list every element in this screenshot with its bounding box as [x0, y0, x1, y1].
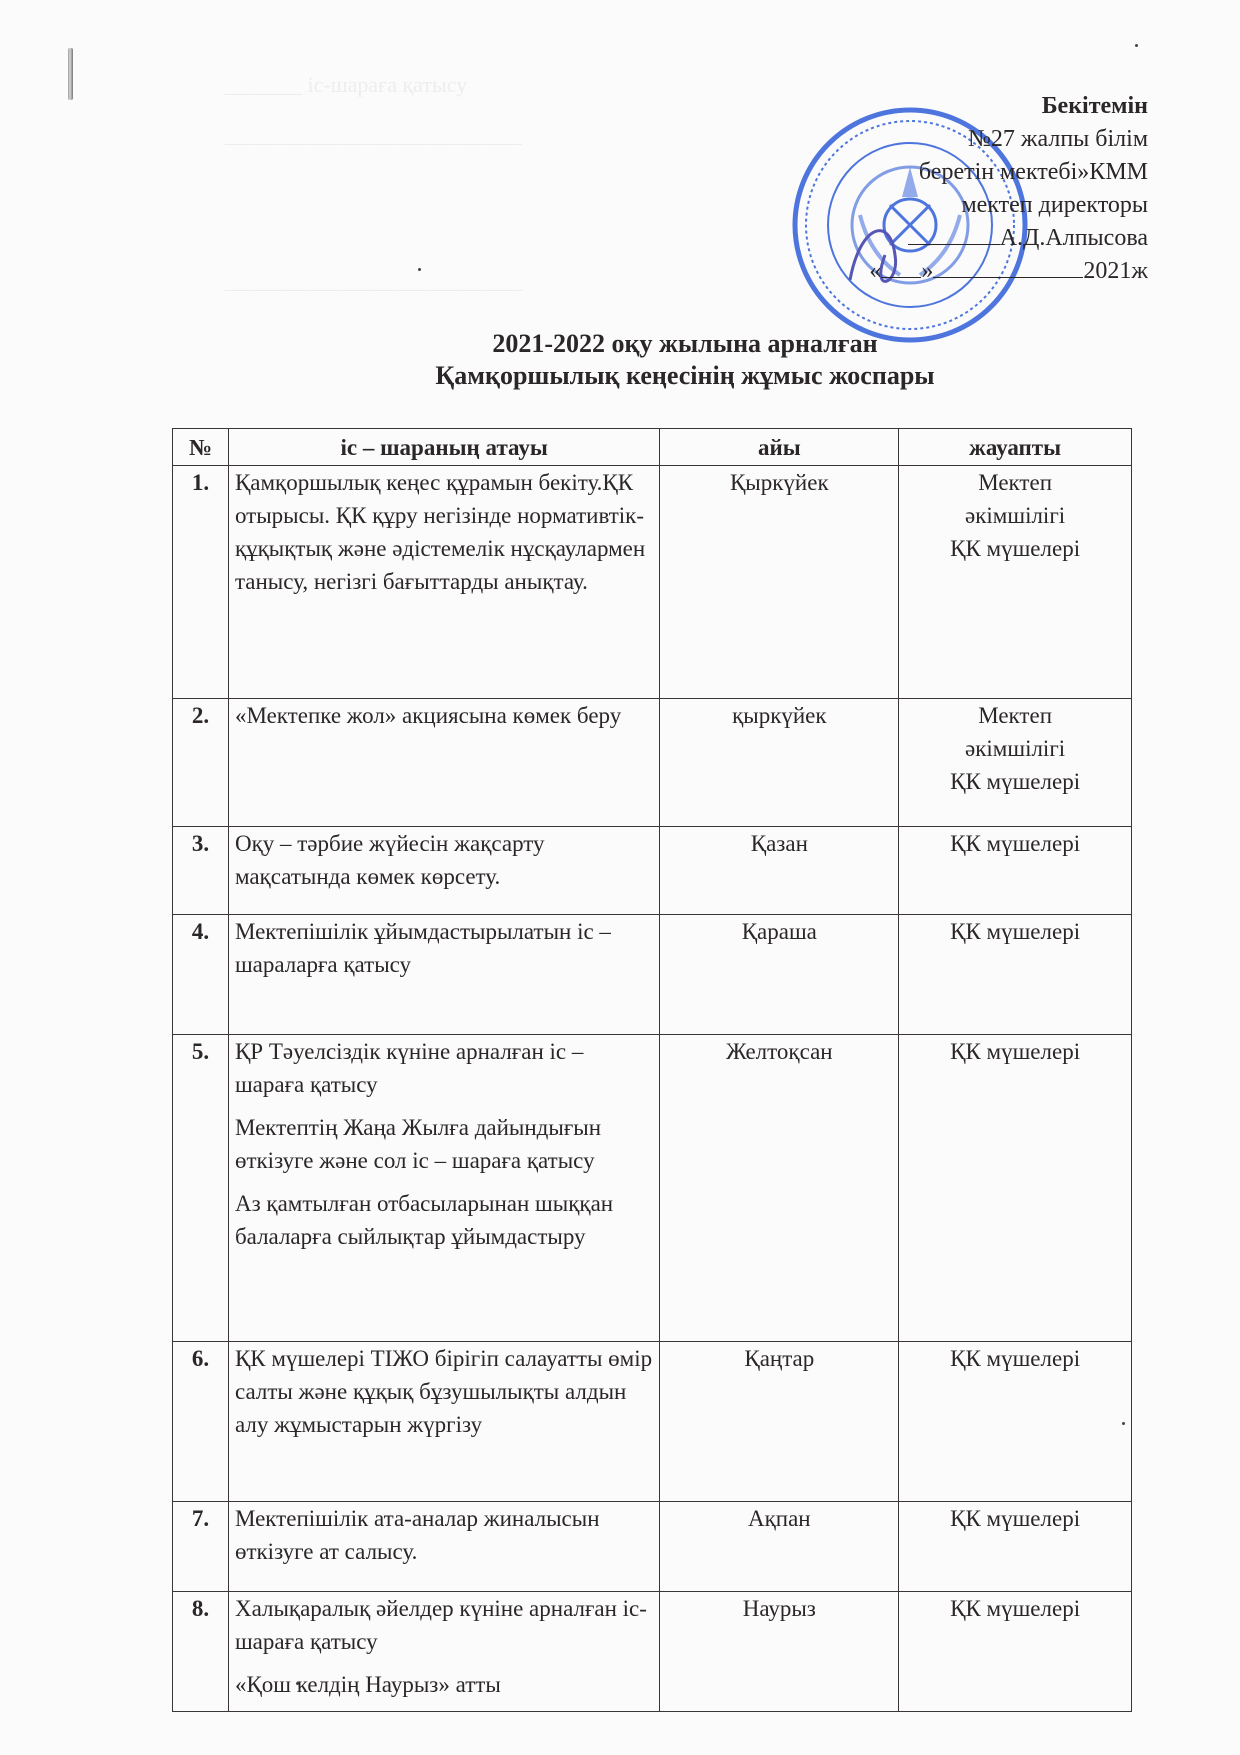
- event-name-cell: ҚР Тәуелсіздік күніне арналған іс – шара…: [228, 1035, 659, 1342]
- bleed-through-text: _______ іс-шараға қатысу: [225, 72, 467, 98]
- header-number: №: [173, 429, 229, 466]
- event-name: Қамқоршылық кеңес құрамын бекіту.ҚК отыр…: [235, 466, 653, 598]
- responsible-cell: МектепәкімшілігіҚК мүшелері: [899, 699, 1132, 827]
- responsible-party: ҚК мүшелері: [905, 765, 1125, 798]
- table-row: 4.Мектепішілік ұйымдастырылатын іс – шар…: [173, 915, 1132, 1035]
- date-year: 2021ж: [1083, 258, 1148, 284]
- responsible-party: Мектеп: [905, 466, 1125, 499]
- date-quote-close: »: [921, 258, 933, 284]
- signature-blank: [908, 224, 1000, 245]
- responsible-party: ҚК мүшелері: [905, 1502, 1125, 1535]
- row-number: 1.: [173, 466, 229, 699]
- event-name: ҚР Тәуелсіздік күніне арналған іс – шара…: [235, 1035, 653, 1101]
- responsible-party: ҚК мүшелері: [905, 532, 1125, 565]
- table-row: 3.Оқу – тәрбие жүйесін жақсарту мақсатын…: [173, 827, 1132, 915]
- table-row: 1.Қамқоршылық кеңес құрамын бекіту.ҚК от…: [173, 466, 1132, 699]
- month-cell: Қыркүйек: [660, 466, 899, 699]
- director-signature-line: А.Д.Алпысова: [869, 222, 1148, 255]
- row-number: 4.: [173, 915, 229, 1035]
- event-name: Халықаралық әйелдер күніне арналған іс-ш…: [235, 1592, 653, 1658]
- row-number: 5.: [173, 1035, 229, 1342]
- bleed-through-text: ___________________________: [225, 268, 522, 294]
- month-cell: Қаңтар: [660, 1342, 899, 1502]
- approval-line: мектеп директоры: [869, 189, 1148, 222]
- responsible-cell: ҚК мүшелері: [899, 827, 1132, 915]
- event-name: «Қош келдің Наурыз» атты: [235, 1668, 653, 1701]
- date-month-blank: [933, 257, 1083, 278]
- month-cell: Наурыз: [660, 1592, 899, 1712]
- table-row: 6.ҚК мүшелері ТІЖО бірігіп салауатты өмі…: [173, 1342, 1132, 1502]
- staple-mark: [68, 48, 73, 100]
- header-event-name: іс – шараның атауы: [228, 429, 659, 466]
- table-header-row: № іс – шараның атауы айы жауапты: [173, 429, 1132, 466]
- event-name-cell: ҚК мүшелері ТІЖО бірігіп салауатты өмір …: [228, 1342, 659, 1502]
- row-number: 2.: [173, 699, 229, 827]
- scan-speck: [1135, 44, 1138, 47]
- month-cell: қыркүйек: [660, 699, 899, 827]
- responsible-party: ҚК мүшелері: [905, 915, 1125, 948]
- event-name: Аз қамтылған отбасыларынан шыққан балала…: [235, 1187, 653, 1253]
- header-responsible: жауапты: [899, 429, 1132, 466]
- table-body: 1.Қамқоршылық кеңес құрамын бекіту.ҚК от…: [173, 466, 1132, 1712]
- date-quote-open: «: [869, 258, 881, 284]
- month-cell: Желтоқсан: [660, 1035, 899, 1342]
- bleed-through-text: ___________________________: [225, 122, 522, 148]
- event-name-cell: «Мектепке жол» акциясына көмек беру: [228, 699, 659, 827]
- event-name: Мектепішілік ата-аналар жиналысын өткізу…: [235, 1502, 653, 1568]
- event-name-cell: Мектепішілік ата-аналар жиналысын өткізу…: [228, 1502, 659, 1592]
- table-row: 5.ҚР Тәуелсіздік күніне арналған іс – ша…: [173, 1035, 1132, 1342]
- row-number: 3.: [173, 827, 229, 915]
- approval-line: №27 жалпы білім: [869, 123, 1148, 156]
- responsible-party: ҚК мүшелері: [905, 1035, 1125, 1068]
- row-number: 7.: [173, 1502, 229, 1592]
- director-name: А.Д.Алпысова: [1000, 225, 1148, 251]
- header-month: айы: [660, 429, 899, 466]
- event-name-cell: Қамқоршылық кеңес құрамын бекіту.ҚК отыр…: [228, 466, 659, 699]
- event-name: ҚК мүшелері ТІЖО бірігіп салауатты өмір …: [235, 1342, 653, 1441]
- responsible-party: әкімшілігі: [905, 732, 1125, 765]
- responsible-cell: ҚК мүшелері: [899, 1502, 1132, 1592]
- event-name: Мектептің Жаңа Жылға дайындығын өткізуге…: [235, 1111, 653, 1177]
- responsible-cell: ҚК мүшелері: [899, 1592, 1132, 1712]
- approval-line: беретін мектебі»КММ: [869, 156, 1148, 189]
- document-title-line-2: Қамқоршылық кеңесінің жұмыс жоспары: [0, 360, 1240, 392]
- event-name-cell: Оқу – тәрбие жүйесін жақсарту мақсатында…: [228, 827, 659, 915]
- event-name: Оқу – тәрбие жүйесін жақсарту мақсатында…: [235, 827, 653, 893]
- event-name-cell: Мектепішілік ұйымдастырылатын іс – шарал…: [228, 915, 659, 1035]
- month-cell: Қазан: [660, 827, 899, 915]
- event-name: Мектепішілік ұйымдастырылатын іс – шарал…: [235, 915, 653, 981]
- event-name-cell: Халықаралық әйелдер күніне арналған іс-ш…: [228, 1592, 659, 1712]
- approval-block: Бекітемін №27 жалпы білім беретін мектеб…: [869, 90, 1148, 288]
- row-number: 8.: [173, 1592, 229, 1712]
- event-name: «Мектепке жол» акциясына көмек беру: [235, 699, 653, 732]
- month-cell: Қараша: [660, 915, 899, 1035]
- responsible-cell: МектепәкімшілігіҚК мүшелері: [899, 466, 1132, 699]
- approval-title: Бекітемін: [869, 90, 1148, 123]
- responsible-party: ҚК мүшелері: [905, 1592, 1125, 1625]
- document-title: 2021-2022 оқу жылына арналған Қамқоршылы…: [0, 328, 1240, 392]
- month-cell: Ақпан: [660, 1502, 899, 1592]
- date-day-blank: [881, 257, 921, 278]
- responsible-cell: ҚК мүшелері: [899, 915, 1132, 1035]
- responsible-party: әкімшілігі: [905, 499, 1125, 532]
- work-plan-table: № іс – шараның атауы айы жауапты 1.Қамқо…: [172, 428, 1132, 1712]
- document-title-line-1: 2021-2022 оқу жылына арналған: [0, 328, 1240, 360]
- responsible-party: Мектеп: [905, 699, 1125, 732]
- responsible-party: ҚК мүшелері: [905, 1342, 1125, 1375]
- table-row: 2.«Мектепке жол» акциясына көмек беруқыр…: [173, 699, 1132, 827]
- table-row: 8.Халықаралық әйелдер күніне арналған іс…: [173, 1592, 1132, 1712]
- table-row: 7.Мектепішілік ата-аналар жиналысын өткі…: [173, 1502, 1132, 1592]
- responsible-cell: ҚК мүшелері: [899, 1342, 1132, 1502]
- row-number: 6.: [173, 1342, 229, 1502]
- responsible-party: ҚК мүшелері: [905, 827, 1125, 860]
- responsible-cell: ҚК мүшелері: [899, 1035, 1132, 1342]
- approval-date-line: «»2021ж: [869, 255, 1148, 288]
